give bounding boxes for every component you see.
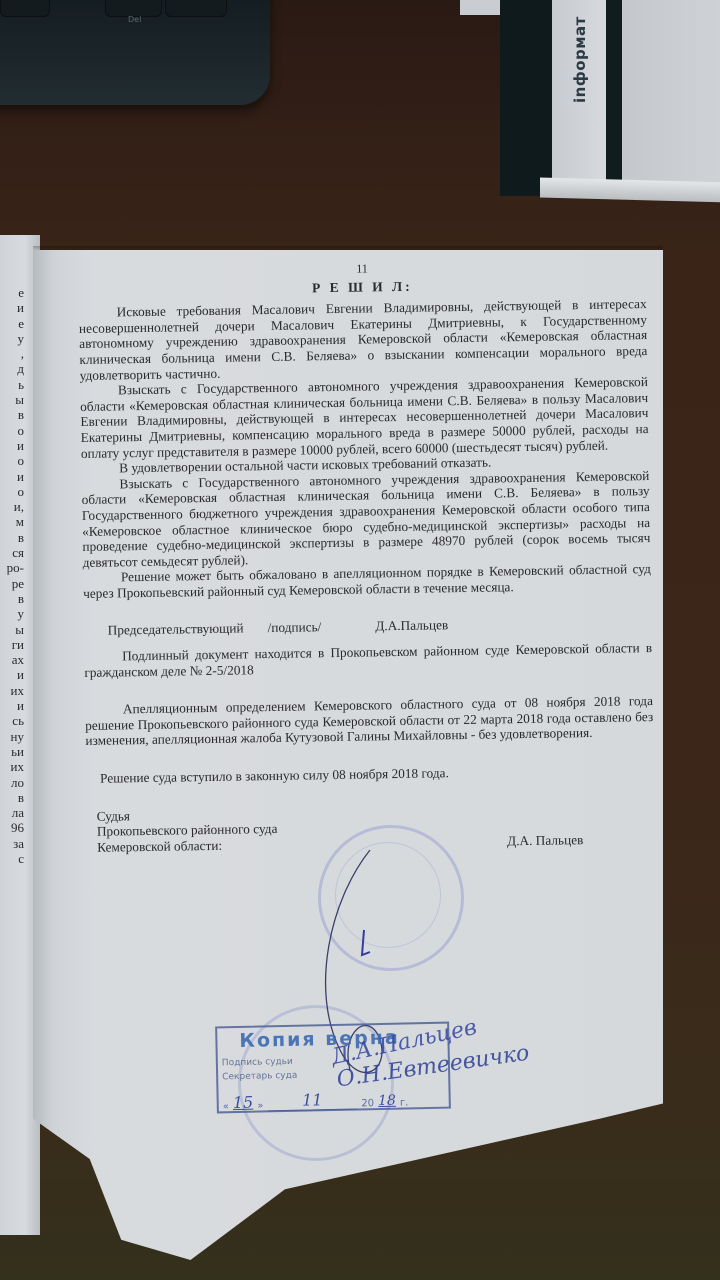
left-page-fragment: в — [0, 591, 24, 606]
stamp-year-suffix: 18 — [378, 1093, 396, 1109]
left-page-fragment: о — [0, 484, 24, 499]
presiding-role: Председательствующий — [108, 621, 244, 639]
left-page-fragment: и — [0, 469, 24, 484]
tray-paper — [622, 0, 720, 185]
left-page-fragment: е — [0, 285, 24, 300]
left-page-fragment: их — [0, 683, 24, 698]
left-page-fragment: ся — [0, 545, 24, 560]
left-page-fragment: и — [0, 698, 24, 713]
left-page-fragment: ло — [0, 775, 24, 790]
left-page-fragment: е — [0, 316, 24, 331]
left-page-fragment: д — [0, 361, 24, 376]
left-page-fragment: ро- — [0, 560, 24, 575]
left-page-fragment: ы — [0, 622, 24, 637]
paragraph-recover-1: Взыскать с Государственного автономного … — [80, 374, 649, 461]
stamp-judge-signature-label: Подпись судьи — [222, 1057, 293, 1068]
keyboard-key-label: Del — [128, 15, 141, 24]
tray-brand-text: inформат — [555, 10, 605, 110]
keyboard-key — [0, 0, 50, 17]
appeal-ruling-note: Апелляционным определением Кемеровского … — [85, 693, 654, 749]
presiding-name: Д.А.Пальцев — [375, 618, 448, 635]
left-page-fragment: сь — [0, 713, 24, 728]
left-page-text-fragments: еиеу,дьывоиоиои,мвсяро-ревуыгиахиихисьну… — [0, 285, 24, 866]
stamp-close-quote: » — [257, 1100, 263, 1111]
paper-box-corner — [460, 0, 500, 15]
left-page-fragment: ь — [0, 377, 24, 392]
left-page-fragment: , — [0, 346, 24, 361]
left-page-fragment: и — [0, 438, 24, 453]
left-page-fragment: в — [0, 790, 24, 805]
left-page-fragment: ре — [0, 576, 24, 591]
stamp-day: 15 — [233, 1093, 254, 1112]
left-page-fragment: у — [0, 606, 24, 621]
left-page-fragment: и — [0, 300, 24, 315]
left-page-fragment: о — [0, 423, 24, 438]
left-page-fragment: и, — [0, 499, 24, 514]
left-page-fragment: м — [0, 514, 24, 529]
left-page-fragment: в — [0, 407, 24, 422]
left-page-fragment: ла — [0, 805, 24, 820]
stamp-open-quote: « — [223, 1101, 229, 1112]
left-page-fragment: у — [0, 331, 24, 346]
left-page-fragment: в — [0, 530, 24, 545]
keyboard: Del — [0, 0, 270, 105]
left-page-fragment: ах — [0, 652, 24, 667]
left-page-fragment: ну — [0, 729, 24, 744]
stamp-year-unit: г. — [400, 1097, 409, 1108]
left-page-fragment: ы — [0, 392, 24, 407]
paragraph-recover-2: Взыскать с Государственного автономного … — [81, 468, 650, 570]
judge-name: Д.А. Пальцев — [507, 832, 584, 849]
left-page-fragment: о — [0, 453, 24, 468]
stamp-month: 11 — [267, 1090, 357, 1112]
presiding-signature: /подпись/ — [267, 620, 321, 636]
tray-edge — [540, 178, 720, 203]
judge-region: Кемеровской области: — [97, 838, 222, 855]
tray-stripe — [606, 0, 622, 185]
left-page-fragment: с — [0, 851, 24, 866]
stamp-secretary-label: Секретарь суда — [222, 1071, 297, 1083]
left-page-fragment: и — [0, 667, 24, 682]
paragraph-claims: Исковые требования Масалович Евгении Вла… — [79, 296, 648, 383]
left-page-fragment: их — [0, 759, 24, 774]
left-page-fragment: за — [0, 836, 24, 851]
document-content: 11 Р Е Ш И Л: Исковые требования Масалов… — [78, 257, 655, 856]
left-page-fragment: ьи — [0, 744, 24, 759]
left-page-fragment: 96 — [0, 820, 24, 835]
stamp-year-prefix: 20 — [361, 1098, 374, 1109]
left-page-fragment: ги — [0, 637, 24, 652]
keyboard-key — [165, 0, 227, 17]
stamp-date-row: « 15 » 11 2018 г. — [222, 1088, 408, 1112]
